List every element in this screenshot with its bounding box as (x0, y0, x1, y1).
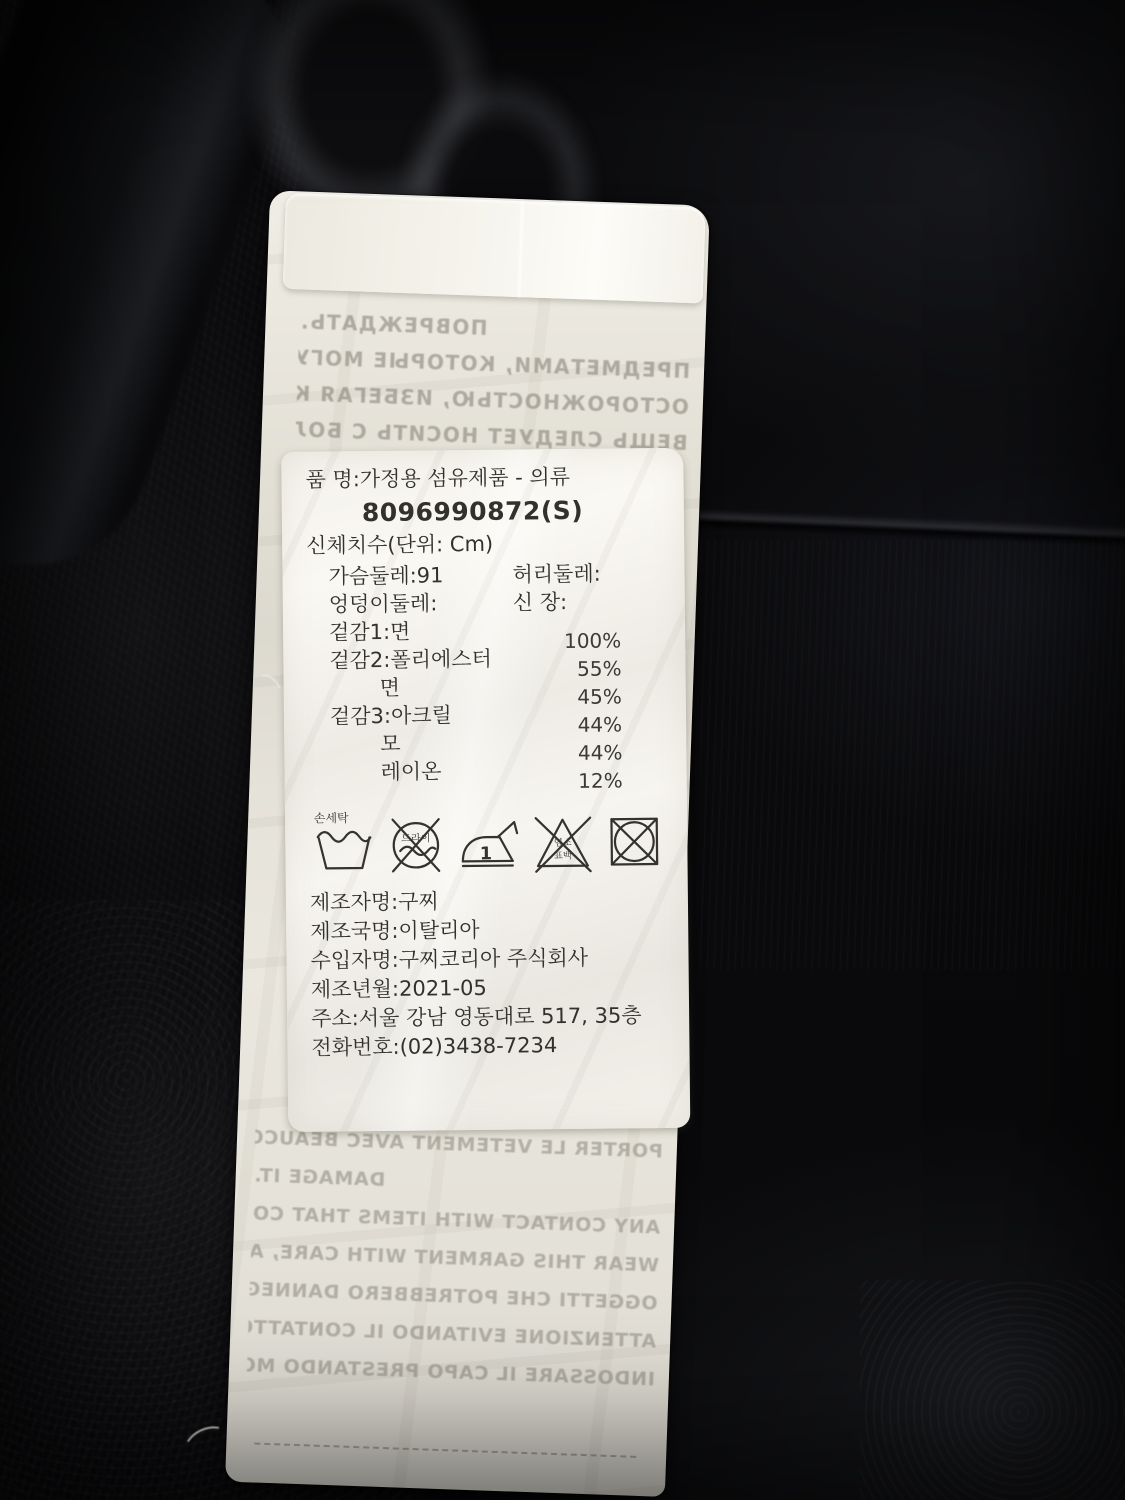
fabric-row: 레이온 12% (308, 755, 662, 787)
fabric-row: 겉감1:면 100% (307, 615, 661, 647)
fabric-row: 면 45% (308, 671, 662, 703)
iron-low-icon: 1 (455, 804, 522, 877)
korean-care-label: 품 명:가정용 섬유제품 - 의류 8096990872(S) 신체치수(단위:… (281, 448, 690, 1132)
fabric-name: 레이온 (380, 757, 441, 786)
phone-number: 전화번호:(02)3438-7234 (311, 1030, 665, 1063)
rib-texture-right (700, 540, 1125, 970)
no-tumble-dry-icon (604, 803, 664, 876)
manufacture-date: 제조년월:2021-05 (311, 972, 665, 1005)
measurement-row: 엉덩이둘레: 신 장: (307, 587, 661, 619)
product-name-line: 품 명:가정용 섬유제품 - 의류 (305, 460, 659, 497)
country-of-origin: 제조국명:이탈리아 (310, 914, 664, 947)
care-label-strip: ПОВРЕЖДАТЬ. ПРЕДМЕТАМИ, КОТОРЫЕ МОГУТ ЕЕ… (225, 190, 710, 1497)
height-measure: 신 장: (513, 588, 568, 617)
chest-measure: 가슴둘레:91 (328, 561, 443, 590)
hand-wash-icon: 손세탁 (311, 806, 376, 879)
fabric-row: 모 44% (308, 727, 662, 759)
fabric-grain-bottom-right (860, 1280, 1125, 1500)
mirrored-russian-text-block: ПОВРЕЖДАТЬ. ПРЕДМЕТАМИ, КОТОРЫЕ МОГУТ ЕЕ… (261, 302, 706, 461)
importer-name: 수입자명:구찌코리아 주식회사 (310, 943, 664, 976)
fabric-row: 겉감2:폴리에스터 55% (307, 643, 661, 675)
fabric-percent: 12% (559, 766, 623, 795)
fabric-name: 면 (380, 674, 401, 702)
no-chlorine-bleach-icon: 염소 표백 (531, 804, 595, 877)
waist-measure: 허리둘레: (512, 560, 601, 589)
label-fold-gloss-band (283, 193, 706, 304)
garment-label-photo: ПОВРЕЖДАТЬ. ПРЕДМЕТАМИ, КОТОРЫЕ МОГУТ ЕЕ… (0, 0, 1125, 1500)
no-dry-clean-icon: 드라이 (386, 805, 446, 878)
korean-label-content: 품 명:가정용 섬유제품 - 의류 8096990872(S) 신체치수(단위:… (281, 448, 689, 1063)
body-size-header: 신체치수(단위: Cm) (306, 526, 660, 563)
product-code: 8096990872(S) (306, 493, 660, 530)
fabric-name: 겉감3:아크릴 (330, 701, 452, 730)
mirrored-multilang-text-block: PORTER LE VETEMENT AVEC BEAUCOUP DE DAMA… (228, 1118, 677, 1399)
fabric-row: 겉감3:아크릴 44% (308, 699, 662, 731)
fabric-name: 겉감1:면 (329, 618, 411, 647)
measurement-row: 가슴둘레:91 허리둘레: (306, 559, 660, 591)
svg-text:1: 1 (479, 844, 491, 864)
hip-measure: 엉덩이둘레: (329, 589, 438, 618)
manufacturer-info: 제조자명:구찌 제조국명:이탈리아 수입자명:구찌코리아 주식회사 제조년월:2… (310, 885, 666, 1063)
svg-text:손세탁: 손세탁 (314, 810, 349, 825)
care-symbols-row: 손세탁 드라이 1 (311, 797, 664, 879)
fabric-name: 모 (380, 730, 401, 758)
address: 주소:서울 강남 영동대로 517, 35층 (311, 1001, 665, 1034)
manufacturer-name: 제조자명:구찌 (310, 885, 664, 918)
hem-stitch-line (254, 1443, 636, 1458)
fabric-name: 겉감2:폴리에스터 (329, 645, 492, 675)
